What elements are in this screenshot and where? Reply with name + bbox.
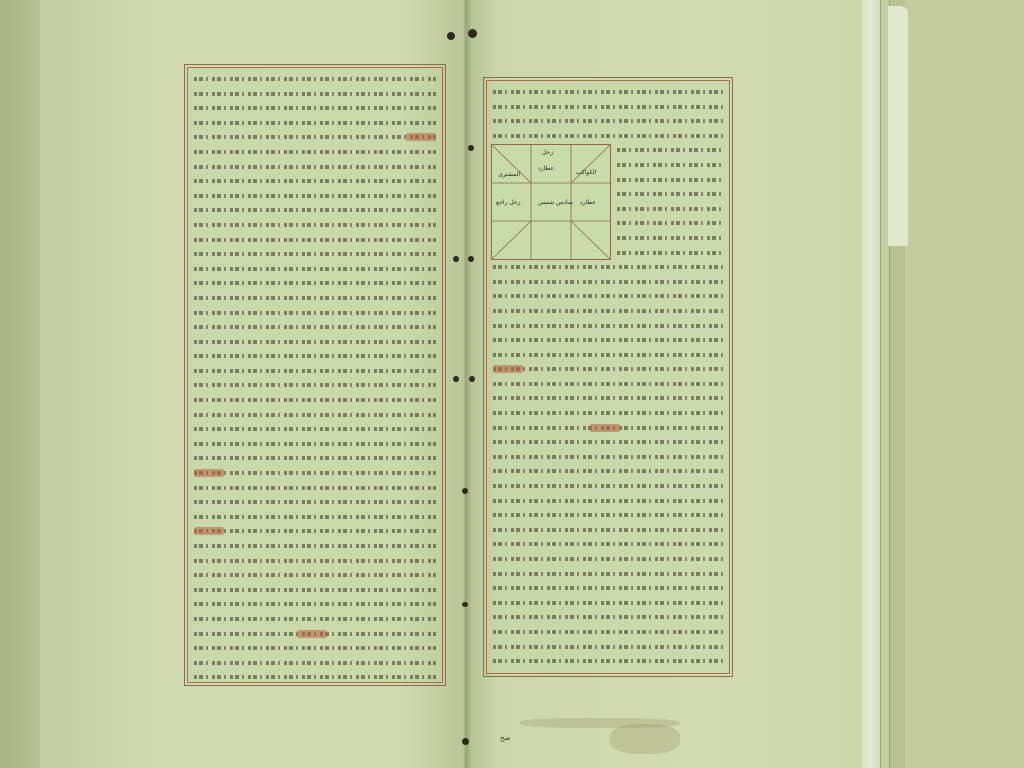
page-edges (862, 0, 880, 768)
manuscript-line (493, 393, 723, 403)
manuscript-line (194, 483, 436, 493)
manuscript-line (194, 629, 436, 639)
manuscript-line (493, 131, 723, 141)
manuscript-line (493, 350, 723, 360)
binding-hole (469, 376, 475, 382)
house-label: المشتری (498, 171, 520, 178)
manuscript-line (493, 364, 723, 374)
manuscript-line (617, 175, 723, 185)
manuscript-line (194, 220, 436, 230)
manuscript-line (194, 439, 436, 449)
manuscript-line (493, 423, 723, 433)
manuscript-line (194, 322, 436, 332)
manuscript-line (194, 103, 436, 113)
manuscript-line (493, 306, 723, 316)
manuscript-line (194, 337, 436, 347)
manuscript-line (194, 672, 436, 682)
manuscript-line (617, 189, 723, 199)
rubric-highlight (297, 630, 327, 638)
manuscript-line (493, 321, 723, 331)
manuscript-line (194, 512, 436, 522)
manuscript-line (194, 176, 436, 186)
house-label: زحل راجع (496, 199, 521, 206)
house-label: سادس شمس (538, 199, 573, 206)
manuscript-line (493, 627, 723, 637)
manuscript-line (194, 235, 436, 245)
manuscript-line (194, 366, 436, 376)
manuscript-line (194, 132, 436, 142)
left-text-lines (188, 68, 442, 682)
manuscript-line (194, 614, 436, 624)
rubric-highlight (590, 424, 620, 432)
manuscript-line (493, 408, 723, 418)
folio-note: صح (500, 734, 510, 742)
manuscript-line (493, 496, 723, 506)
binding-hole (447, 32, 455, 40)
binding-hole (453, 256, 459, 262)
manuscript-line (194, 89, 436, 99)
manuscript-line (194, 497, 436, 507)
manuscript-line (617, 248, 723, 258)
manuscript-line (493, 277, 723, 287)
scan-backdrop-left (0, 0, 42, 768)
manuscript-line (194, 293, 436, 303)
binding-hole (462, 738, 469, 745)
manuscript-line (493, 466, 723, 476)
manuscript-line (194, 147, 436, 157)
manuscript-line (617, 218, 723, 228)
manuscript-line (493, 642, 723, 652)
manuscript-line (194, 468, 436, 478)
manuscript-line (194, 264, 436, 274)
binding-hole (468, 145, 474, 151)
manuscript-line (493, 116, 723, 126)
left-text-block (187, 67, 443, 683)
manuscript-line (493, 481, 723, 491)
manuscript-line (493, 379, 723, 389)
manuscript-line (194, 249, 436, 259)
rubric-highlight (493, 365, 523, 373)
manuscript-line (493, 335, 723, 345)
manuscript-line (194, 118, 436, 128)
manuscript-line (493, 510, 723, 520)
manuscript-line (194, 570, 436, 580)
manuscript-line (194, 351, 436, 361)
water-stain (610, 724, 680, 754)
manuscript-line (194, 424, 436, 434)
manuscript-line (194, 308, 436, 318)
manuscript-line (194, 278, 436, 288)
manuscript-line (493, 539, 723, 549)
manuscript-line (194, 380, 436, 390)
manuscript-line (493, 554, 723, 564)
manuscript-line (493, 102, 723, 112)
manuscript-line (194, 599, 436, 609)
manuscript-line (493, 87, 723, 97)
manuscript-line (493, 598, 723, 608)
book-gutter (462, 0, 470, 768)
house-label: زحل (542, 149, 553, 156)
manuscript-line (617, 204, 723, 214)
manuscript-line (194, 556, 436, 566)
manuscript-line (617, 160, 723, 170)
manuscript-line (493, 452, 723, 462)
manuscript-line (617, 233, 723, 243)
horoscope-chart: زحل عطارد المشتری الکواکب زحل راجع سادس … (491, 144, 611, 260)
binding-hole (468, 29, 477, 38)
binding-hole (462, 488, 468, 494)
manuscript-line (493, 291, 723, 301)
manuscript-line (493, 525, 723, 535)
right-text-block: زحل عطارد المشتری الکواکب زحل راجع سادس … (486, 80, 730, 674)
manuscript-line (194, 410, 436, 420)
manuscript-line (493, 656, 723, 666)
binding-hole (468, 256, 474, 262)
house-label: الکواکب (576, 169, 596, 176)
house-label: عطارد (538, 165, 554, 172)
rubric-highlight (194, 469, 224, 477)
manuscript-line (194, 526, 436, 536)
manuscript-line (194, 395, 436, 405)
scan-backdrop-right (905, 0, 1024, 768)
manuscript-line (493, 262, 723, 272)
rubric-highlight (406, 133, 436, 141)
manuscript-line (493, 569, 723, 579)
manuscript-line (493, 612, 723, 622)
manuscript-line (194, 643, 436, 653)
manuscript-line (493, 583, 723, 593)
loose-leaf-edge (888, 6, 908, 246)
house-label: عطارد (580, 199, 596, 206)
manuscript-line (194, 453, 436, 463)
manuscript-line (493, 671, 723, 674)
manuscript-line (194, 191, 436, 201)
manuscript-line (194, 205, 436, 215)
binding-hole (453, 376, 459, 382)
rubric-highlight (194, 527, 224, 535)
manuscript-line (194, 74, 436, 84)
manuscript-line (194, 162, 436, 172)
manuscript-line (617, 145, 723, 155)
binding-hole (462, 602, 468, 607)
manuscript-line (194, 541, 436, 551)
manuscript-line (493, 437, 723, 447)
manuscript-line (194, 658, 436, 668)
manuscript-line (194, 585, 436, 595)
